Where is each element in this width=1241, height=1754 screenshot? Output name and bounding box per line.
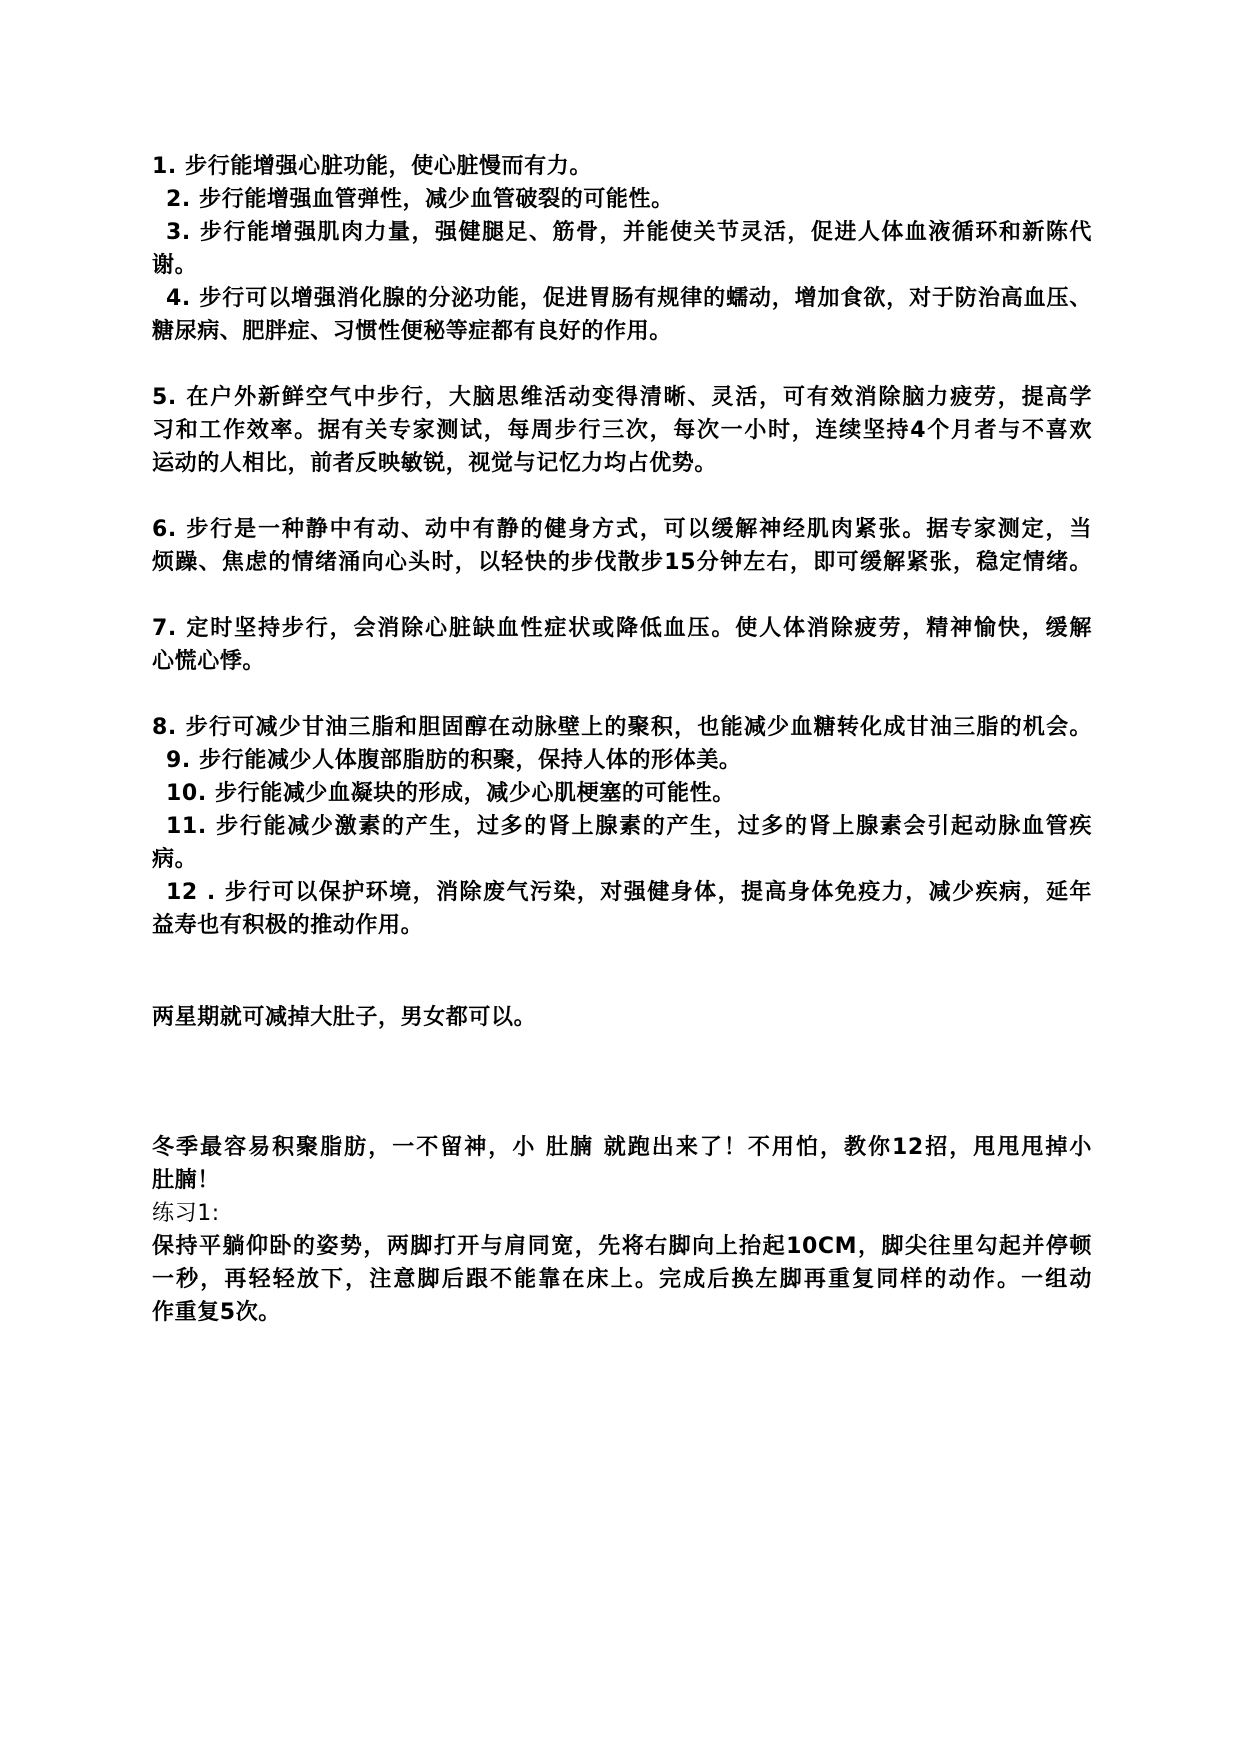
text-line: 3. 步行能增强肌肉力量，强健腿足、筋骨，并能使关节灵活，促进人体血液循环和新陈… — [152, 216, 1092, 249]
text-line: 谢。 — [152, 249, 1092, 282]
text-line: 益寿也有积极的推动作用。 — [152, 909, 1092, 942]
text-line: 运动的人相比，前者反映敏锐，视觉与记忆力均占优势。 — [152, 447, 1092, 480]
text-line: 练习1: — [152, 1197, 1092, 1230]
text-line: 4. 步行可以增强消化腺的分泌功能，促进胃肠有规律的蠕动，增加食欲，对于防治高血… — [152, 282, 1092, 315]
text-line: 7. 定时坚持步行，会消除心脏缺血性症状或降低血压。使人体消除疲劳，精神愉快，缓… — [152, 612, 1092, 645]
text-line: 2. 步行能增强血管弹性，减少血管破裂的可能性。 — [152, 183, 1092, 216]
text-line: 一秒，再轻轻放下，注意脚后跟不能靠在床上。完成后换左脚再重复同样的动作。一组动 — [152, 1263, 1092, 1296]
text-line: 烦躁、焦虑的情绪涌向心头时，以轻快的步伐散步15分钟左右，即可缓解紧张，稳定情绪… — [152, 546, 1092, 579]
text-line: 心慌心悸。 — [152, 645, 1092, 678]
text-line: 12 . 步行可以保护环境，消除废气污染，对强健身体，提高身体免疫力，减少疾病，… — [152, 876, 1092, 909]
paragraph-exercise-1-body: 保持平躺仰卧的姿势，两脚打开与肩同宽，先将右脚向上抬起10CM，脚尖往里勾起并停… — [152, 1230, 1092, 1329]
text-line: 10. 步行能减少血凝块的形成，减少心肌梗塞的可能性。 — [152, 777, 1092, 810]
exercise-1-heading: 练习1: — [152, 1197, 1092, 1230]
text-line: 两星期就可减掉大肚子，男女都可以。 — [152, 1001, 1092, 1034]
text-line: 1. 步行能增强心脏功能，使心脏慢而有力。 — [152, 150, 1092, 183]
text-line: 糖尿病、肥胖症、习惯性便秘等症都有良好的作用。 — [152, 315, 1092, 348]
text-line: 保持平躺仰卧的姿势，两脚打开与肩同宽，先将右脚向上抬起10CM，脚尖往里勾起并停… — [152, 1230, 1092, 1263]
text-line: 作重复5次。 — [152, 1296, 1092, 1329]
text-line: 11. 步行能减少激素的产生，过多的肾上腺素的产生，过多的肾上腺素会引起动脉血管… — [152, 810, 1092, 843]
text-line: 8. 步行可减少甘油三脂和胆固醇在动脉壁上的聚积，也能减少血糖转化成甘油三脂的机… — [152, 711, 1092, 744]
text-line: 5. 在户外新鲜空气中步行，大脑思维活动变得清晰、灵活，可有效消除脑力疲劳，提高… — [152, 381, 1092, 414]
paragraph-benefits-8-12: 8. 步行可减少甘油三脂和胆固醇在动脉壁上的聚积，也能减少血糖转化成甘油三脂的机… — [152, 711, 1092, 942]
text-line: 冬季最容易积聚脂肪，一不留神，小 肚腩 就跑出来了！不用怕，教你12招，甩甩甩掉… — [152, 1131, 1092, 1164]
paragraph-belly-note: 两星期就可减掉大肚子，男女都可以。 — [152, 1001, 1092, 1034]
paragraph-benefits-1-4: 1. 步行能增强心脏功能，使心脏慢而有力。 2. 步行能增强血管弹性，减少血管破… — [152, 150, 1092, 348]
text-line: 肚腩！ — [152, 1164, 1092, 1197]
document-page: 1. 步行能增强心脏功能，使心脏慢而有力。 2. 步行能增强血管弹性，减少血管破… — [0, 0, 1241, 1754]
text-line: 6. 步行是一种静中有动、动中有静的健身方式，可以缓解神经肌肉紧张。据专家测定，… — [152, 513, 1092, 546]
text-line: 习和工作效率。据有关专家测试，每周步行三次，每次一小时，连续坚持4个月者与不喜欢 — [152, 414, 1092, 447]
paragraph-winter-intro: 冬季最容易积聚脂肪，一不留神，小 肚腩 就跑出来了！不用怕，教你12招，甩甩甩掉… — [152, 1131, 1092, 1197]
paragraph-benefit-7: 7. 定时坚持步行，会消除心脏缺血性症状或降低血压。使人体消除疲劳，精神愉快，缓… — [152, 612, 1092, 678]
paragraph-benefit-5: 5. 在户外新鲜空气中步行，大脑思维活动变得清晰、灵活，可有效消除脑力疲劳，提高… — [152, 381, 1092, 480]
text-line: 病。 — [152, 843, 1092, 876]
text-line: 9. 步行能减少人体腹部脂肪的积聚，保持人体的形体美。 — [152, 744, 1092, 777]
paragraph-benefit-6: 6. 步行是一种静中有动、动中有静的健身方式，可以缓解神经肌肉紧张。据专家测定，… — [152, 513, 1092, 579]
